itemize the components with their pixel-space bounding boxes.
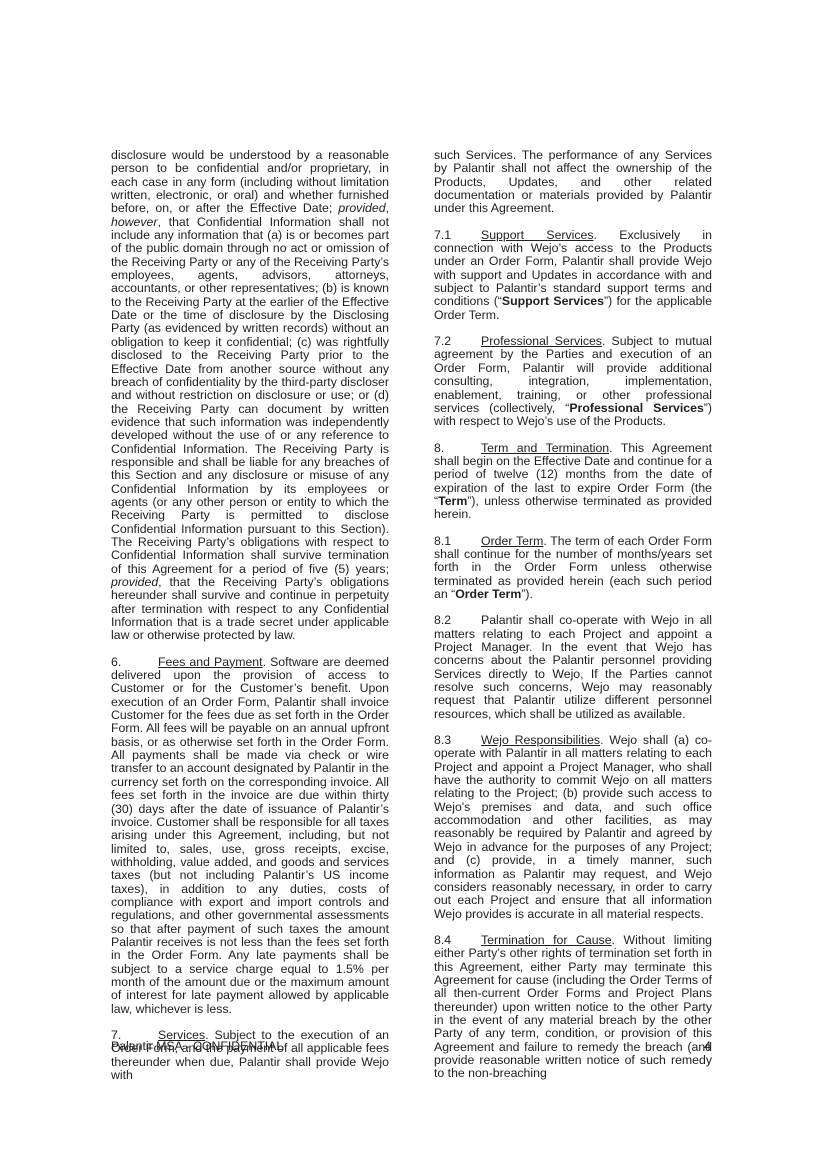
section-heading: Term and Termination [481, 441, 609, 455]
text-run: Professional Services [569, 401, 703, 415]
paragraph: 8.Term and Termination. This Agreement s… [434, 442, 712, 522]
section-heading: Order Term [481, 534, 543, 548]
section-heading: Termination for Cause [481, 933, 612, 947]
paragraph: 7.Services. Subject to the execution of … [111, 1029, 389, 1082]
text-run: provided [338, 201, 385, 215]
paragraph: 7.1Support Services. Exclusively in conn… [434, 229, 712, 322]
section-number: 8.4 [434, 934, 481, 947]
section-number: 7.2 [434, 335, 481, 348]
paragraph: 8.4Termination for Cause. Without limiti… [434, 934, 712, 1081]
section-number: 8.2 [434, 614, 481, 627]
section-heading: Professional Services [481, 334, 602, 348]
paragraph: such Services. The performance of any Se… [434, 149, 712, 216]
section-number: 8. [434, 442, 481, 455]
text-run: ”), unless otherwise terminated as provi… [434, 494, 712, 521]
text-run: , that Confidential Information shall no… [111, 215, 389, 576]
paragraph: 8.2Palantir shall co-operate with Wejo i… [434, 614, 712, 721]
document-page: disclosure would be understood by a reas… [0, 0, 826, 1169]
footer-document-title: Palantir MSA - CONFIDENTIAL [111, 1039, 283, 1053]
text-run: , [386, 201, 389, 215]
section-heading: Fees and Payment [158, 655, 263, 669]
text-run: Term [438, 494, 467, 508]
paragraph: 8.3Wejo Responsibilities. Wejo shall (a)… [434, 734, 712, 921]
section-number: 8.1 [434, 535, 481, 548]
text-run: such Services. The performance of any Se… [434, 148, 712, 215]
text-run: ”). [521, 587, 533, 601]
text-run: . Software are deemed delivered upon the… [111, 655, 389, 1016]
text-run: . Wejo shall (a) co-operate with Palanti… [434, 733, 712, 920]
paragraph: 8.1Order Term. The term of each Order Fo… [434, 535, 712, 602]
section-heading: Wejo Responsibilities [481, 733, 600, 747]
page-footer: Palantir MSA - CONFIDENTIAL 4 [111, 1039, 711, 1053]
text-run: . Without limiting either Party’s other … [434, 933, 712, 1080]
text-run: provided [111, 575, 158, 589]
text-run: Support Services [502, 294, 604, 308]
section-number: 8.3 [434, 734, 481, 747]
right-column: such Services. The performance of any Se… [434, 149, 712, 1094]
text-run: Order Term [455, 587, 521, 601]
text-run: Palantir shall co-operate with Wejo in a… [434, 613, 712, 720]
text-run: however [111, 215, 157, 229]
paragraph: 7.2Professional Services. Subject to mut… [434, 335, 712, 428]
paragraph: 6.Fees and Payment. Software are deemed … [111, 656, 389, 1016]
page-number: 4 [704, 1039, 711, 1053]
left-column: disclosure would be understood by a reas… [111, 149, 389, 1095]
section-heading: Support Services [481, 228, 594, 242]
section-number: 7.1 [434, 229, 481, 242]
paragraph: disclosure would be understood by a reas… [111, 149, 389, 643]
section-number: 6. [111, 656, 158, 669]
